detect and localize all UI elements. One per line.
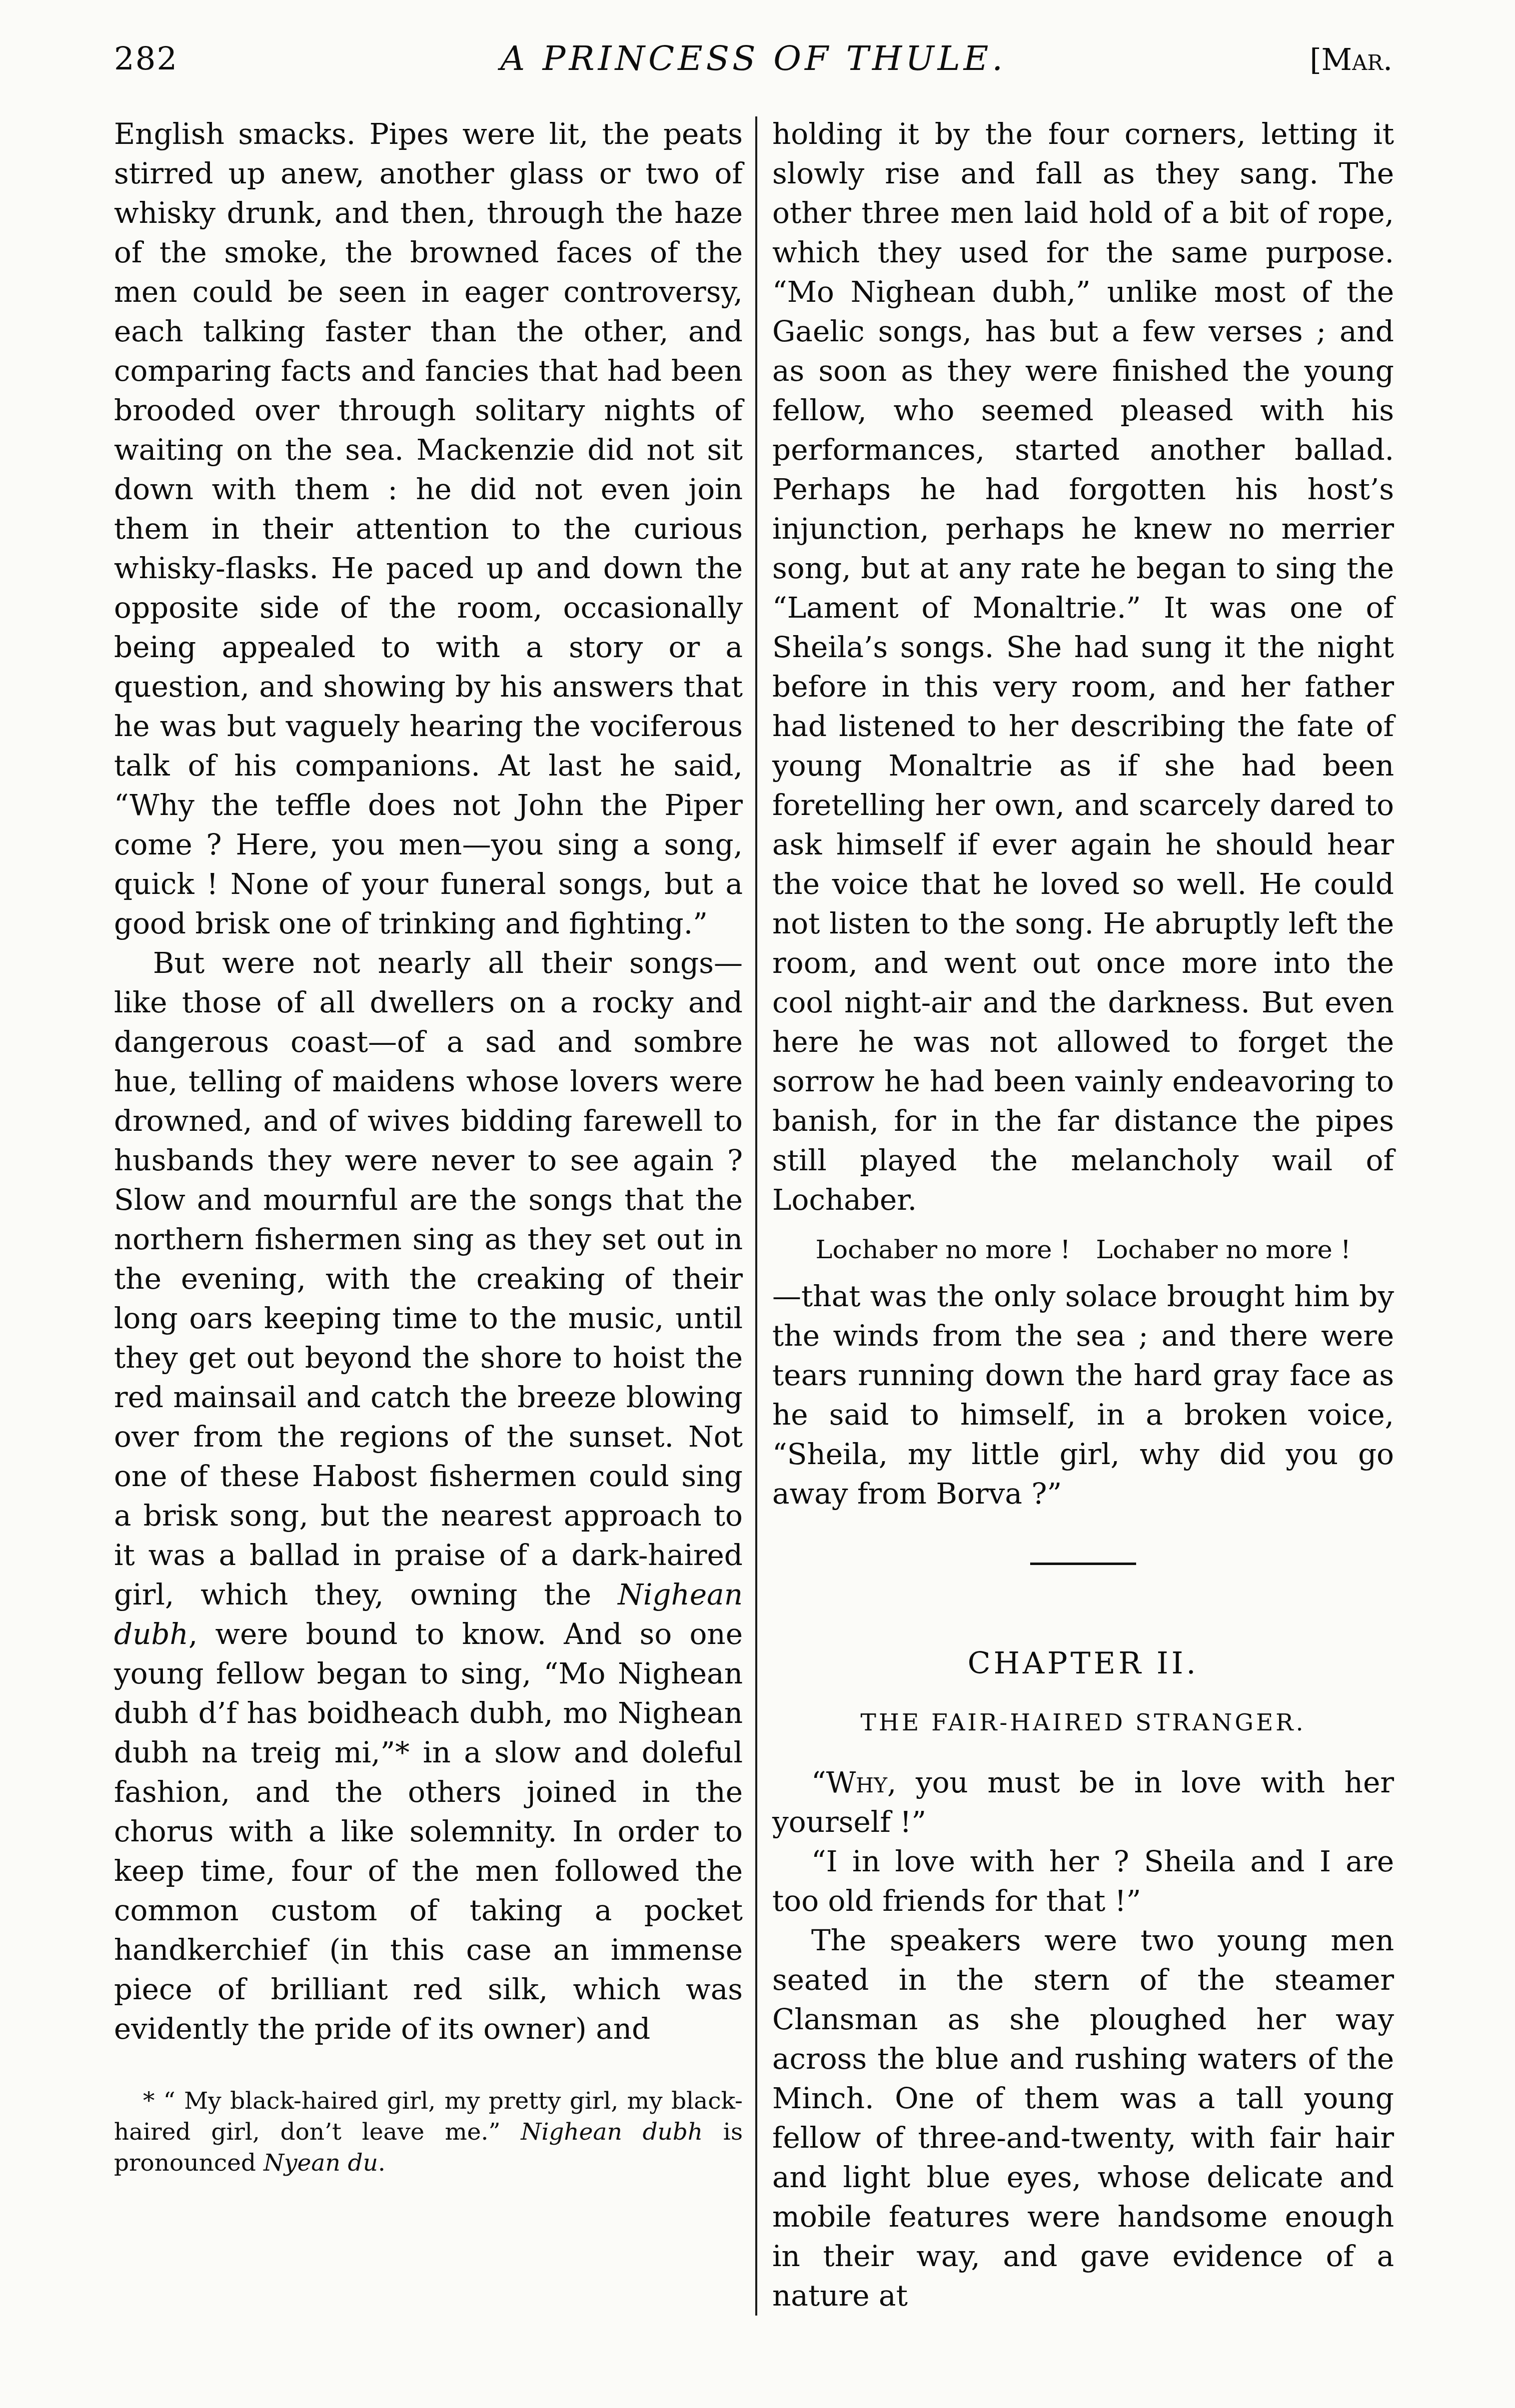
column-divider [755,116,757,2316]
left-column: English smacks. Pipes were lit, the peat… [114,114,743,2316]
verse-line: Lochaber no more ! Lochaber no more ! [772,1233,1394,1268]
text-segment: English smacks. Pipes were lit, the peat… [114,117,743,940]
book-page: 282 A PRINCESS OF THULE. [Mar. English s… [0,0,1515,2408]
text-segment: “I in love with her ? Sheila and I are t… [772,1844,1394,1918]
text-segment: . [378,2149,385,2177]
text-segment: THE FAIR-HAIRED STRANGER. [861,1709,1306,1736]
running-title: A PRINCESS OF THULE. [264,39,1243,78]
italic-text: Nyean du [263,2149,378,2177]
paragraph: But were not nearly all their songs—like… [114,943,743,2049]
text-segment: “ [811,1765,826,1799]
text-segment: CHAPTER II. [968,1646,1199,1681]
text-segment: Lochaber no more ! Lochaber no more ! [816,1235,1351,1265]
footnote: * “ My black-haired girl, my pretty girl… [114,2086,743,2179]
page-header: 282 A PRINCESS OF THULE. [Mar. [0,0,1515,78]
chapter-heading: CHAPTER II. [772,1646,1394,1681]
paragraph: “Why, you must be in love with her yours… [772,1763,1394,1842]
smallcaps-text: Why [826,1765,887,1799]
text-segment: holding it by the four corners, letting … [772,117,1394,1217]
text-segment: —that was the only solace brought him by… [772,1279,1394,1511]
paragraph: —that was the only solace brought him by… [772,1277,1394,1514]
right-column: holding it by the four corners, letting … [772,114,1394,2316]
paragraph: The speakers were two young men seated i… [772,1921,1394,2316]
paragraph: English smacks. Pipes were lit, the peat… [114,114,743,943]
section-divider [1030,1563,1136,1565]
chapter-subtitle: THE FAIR-HAIRED STRANGER. [772,1709,1394,1737]
issue-date: [Mar. [1243,42,1393,77]
page-number: 282 [114,41,264,78]
paragraph: holding it by the four corners, letting … [772,114,1394,1220]
text-segment: But were not nearly all their songs—like… [114,946,743,1611]
text-segment: The speakers were two young men seated i… [772,1923,1394,2313]
text-segment: , were bound to know. And so one young f… [114,1617,743,2046]
text-columns: English smacks. Pipes were lit, the peat… [0,114,1515,2316]
paragraph: “I in love with her ? Sheila and I are t… [772,1842,1394,1921]
italic-text: Nighean dubh [521,2118,703,2146]
